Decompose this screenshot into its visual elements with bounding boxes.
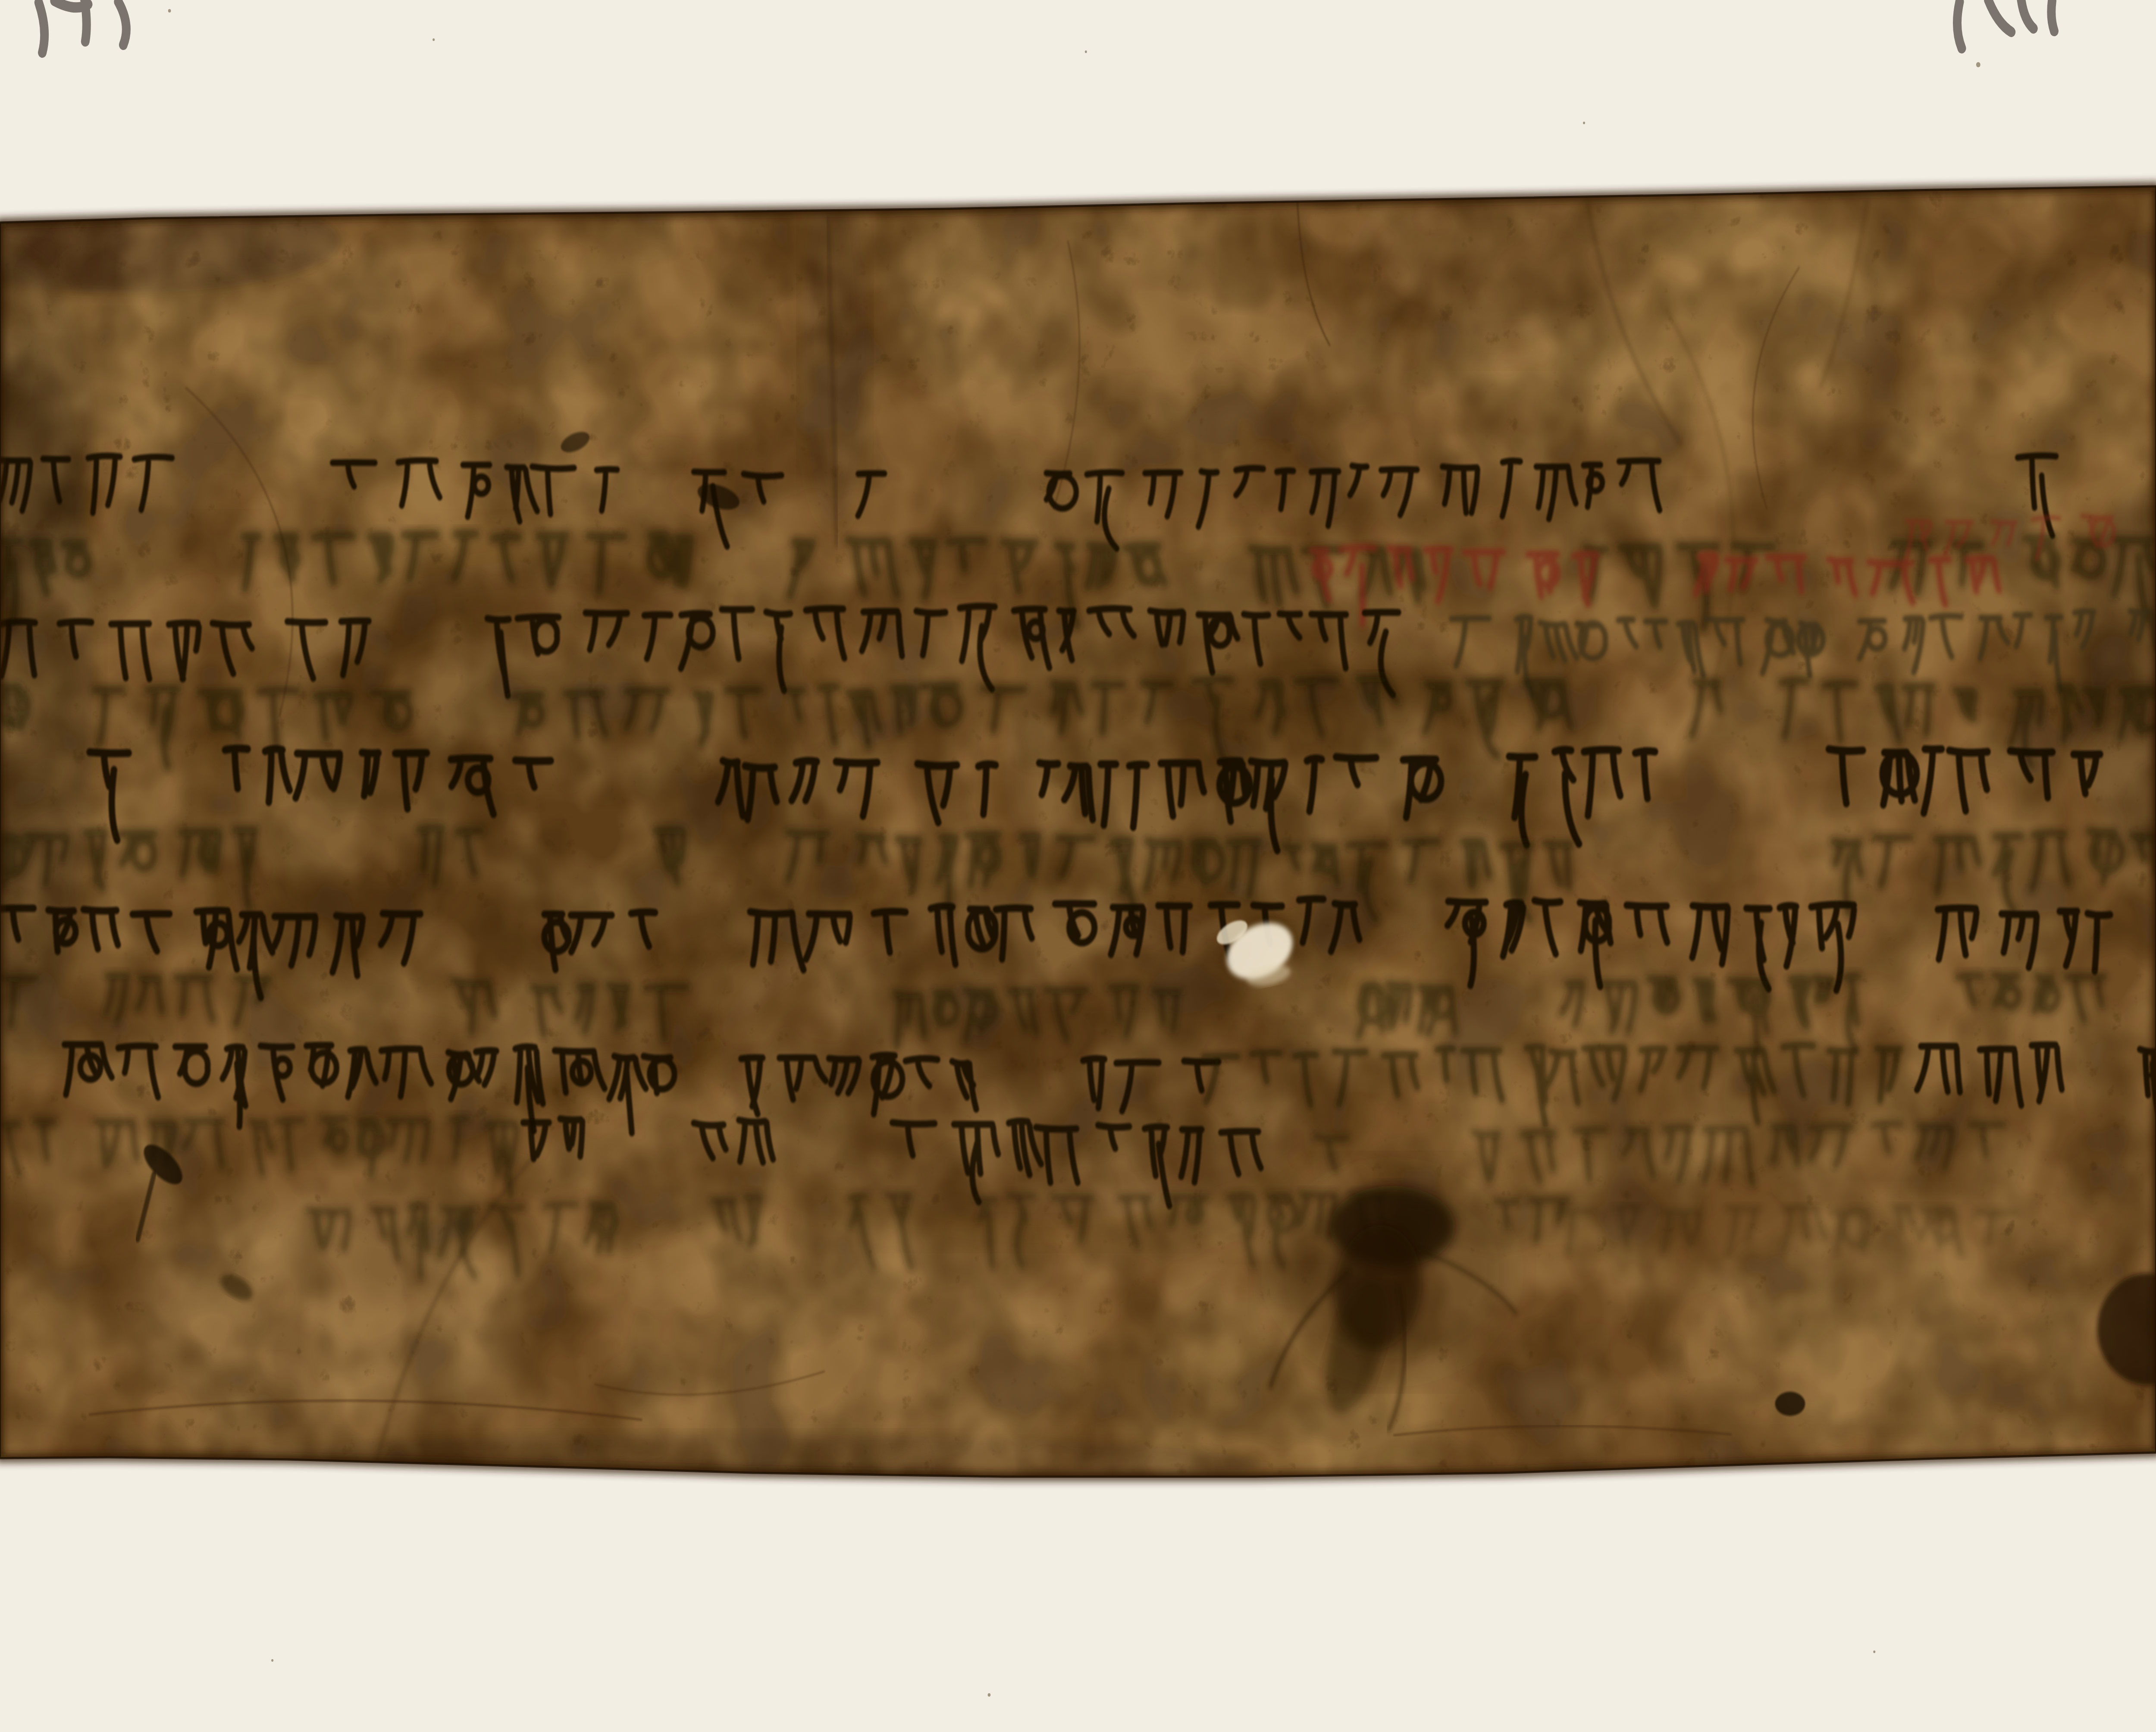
photograph <box>0 0 2156 1732</box>
dust-speck <box>432 38 435 41</box>
manuscript-photo <box>0 0 2156 1732</box>
ink-stain <box>1272 1171 1512 1374</box>
dust-speck <box>1583 122 1585 124</box>
light-patch <box>476 216 777 440</box>
ink-stain <box>1775 1392 1805 1416</box>
dust-speck <box>1873 1650 1875 1653</box>
light-patch <box>1541 604 2043 1035</box>
dust-speck <box>168 9 171 13</box>
dust-speck <box>1085 50 1087 53</box>
dust-speck <box>988 1693 991 1697</box>
light-patch <box>1684 1208 2114 1466</box>
shadow-patch <box>1355 181 1642 354</box>
dust-speck <box>1976 62 1981 67</box>
light-patch <box>907 190 1279 449</box>
dust-speck <box>271 1659 273 1662</box>
